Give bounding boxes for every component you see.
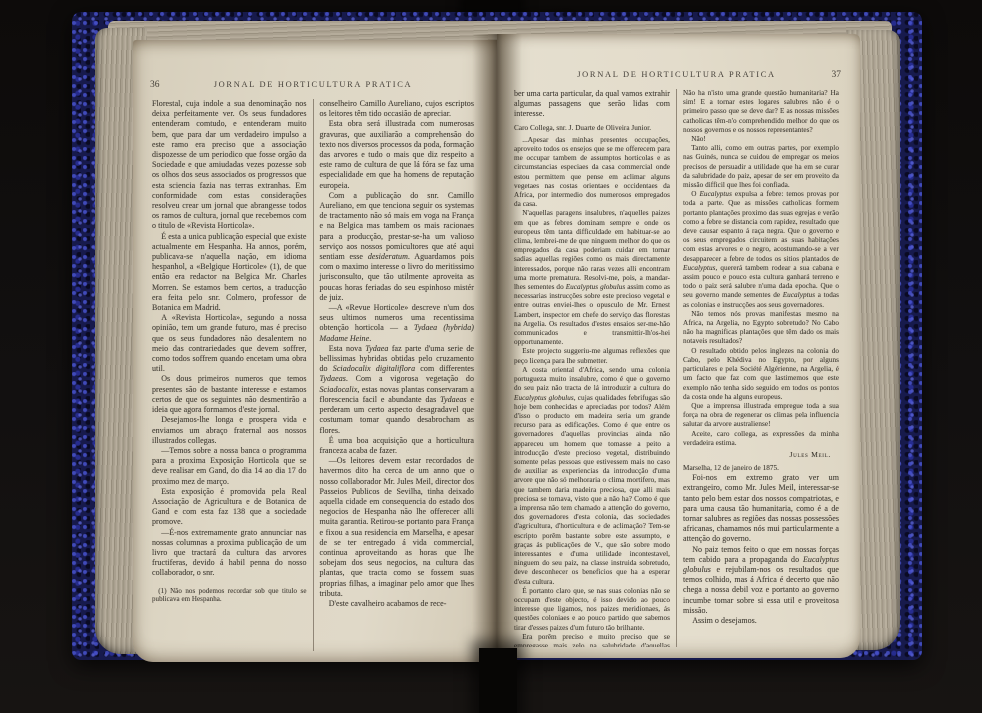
paragraph: Aceite, caro collega, as expressões da m… [683,430,839,448]
text-column-left: ber uma carta particular, da qual vamos … [508,89,676,647]
paragraph: —A «Revue Horticole» descreve n'um dos s… [320,303,475,344]
paragraph: Marselha, 12 de janeiro de 1875. [683,464,839,473]
paragraph: O Eucalyptus expulsa a febre: temos prov… [683,190,839,310]
paragraph: Não! [683,135,839,144]
paragraph: Foi-nos em extremo grato ver um extrange… [683,473,839,544]
paragraph: A «Revista Horticola», segundo a nossa o… [152,313,307,374]
paragraph: —Temos sobre a nossa banca o programma p… [152,446,307,487]
paragraph: É esta a unica publicação especial que e… [152,232,307,314]
page-37: JORNAL DE HORTICULTURA PRATICA 37 ber um… [497,34,860,658]
page-header: 36 JORNAL DE HORTICULTURA PRATICA [150,80,476,90]
paragraph: Com a publicação do snr. Camillo Aurelia… [320,191,475,303]
paragraph: (1) Não nos podemos recordar sob que tit… [152,587,307,605]
paragraph: Esta exposição é promovida pela Real Ass… [152,487,307,528]
paragraph: Este projecto suggeriu-me algumas reflex… [514,347,670,365]
paragraph: O resultado obtido pelos inglezes na col… [683,347,839,402]
paragraph: A costa oriental d'Africa, sendo uma col… [514,366,670,587]
paragraph: ...Apesar das minhas presentes occupaçõe… [514,136,670,210]
page-37-content: JORNAL DE HORTICULTURA PRATICA 37 ber um… [497,34,860,658]
paragraph: Os dous primeiros numeros que temos pres… [152,374,307,415]
text-block: ber uma carta particular, da qual vamos … [508,89,845,647]
paragraph: É uma boa acquisição que a horticultura … [320,436,475,456]
paragraph: —Os leitores devem estar recordados de h… [320,456,475,599]
paragraph: D'este cavalheiro acabamos de rece- [320,599,475,609]
paragraph: conselheiro Camillo Aureliano, cujos esc… [320,99,475,119]
paragraph: Esta nova Tydaea faz parte d'uma serie d… [320,344,475,436]
paragraph: Não ha n'isto uma grande questão humanit… [683,89,839,135]
page-36: 36 JORNAL DE HORTICULTURA PRATICA Flores… [133,40,497,662]
paragraph: Tanto alli, como em outras partes, por e… [683,144,839,190]
text-column-right: conselheiro Camillo Aureliano, cujos esc… [313,99,481,651]
page-36-content: 36 JORNAL DE HORTICULTURA PRATICA Flores… [133,40,497,662]
paragraph: Florestal, cuja indole a sua denominação… [152,99,307,232]
paragraph: Que a imprensa illustrada empregue toda … [683,402,839,430]
book-stand-strap-bottom [479,648,517,713]
running-title: JORNAL DE HORTICULTURA PRATICA [176,80,450,89]
page-number: 36 [150,80,176,90]
paragraph: Jules Meil. [683,450,839,460]
paragraph: Esta obra será illustrada com numerosas … [320,119,475,190]
paragraph: Caro Collega, snr. J. Duarte de Oliveira… [514,124,670,133]
text-block: Florestal, cuja indole a sua denominação… [146,99,480,651]
paragraph: ber uma carta particular, da qual vamos … [514,89,670,120]
photo-backdrop: 36 JORNAL DE HORTICULTURA PRATICA Flores… [0,0,982,713]
paragraph: Desejamos-lhe longa e prospera vida e en… [152,415,307,446]
paragraph: Não temos nós provas manifestas mesmo na… [683,310,839,347]
paragraph: N'aquellas paragens insalubres, n'aquell… [514,209,670,347]
running-title: JORNAL DE HORTICULTURA PRATICA [538,70,815,79]
paragraph: Assim o desejamos. [683,616,839,626]
paragraph: —É-nos extremamente grato annunciar nas … [152,528,307,579]
text-column-left: Florestal, cuja indole a sua denominação… [146,99,313,651]
paragraph: É portanto claro que, se nas suas coloni… [514,587,670,633]
text-column-right: Não ha n'isto uma grande questão humanit… [676,89,845,647]
paragraph: Era porêm preciso e muito preciso que se… [514,633,670,647]
paragraph: No paiz temos feito o que em nossas forç… [683,545,839,616]
page-number: 37 [815,70,841,80]
page-header: JORNAL DE HORTICULTURA PRATICA 37 [512,70,841,80]
